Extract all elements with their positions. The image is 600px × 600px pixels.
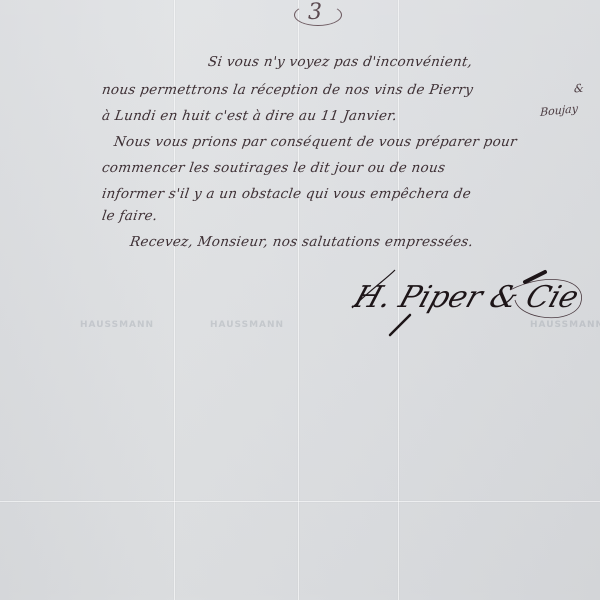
letter-line: le faire. [101, 208, 159, 224]
watermark: HAUSSMANN [210, 320, 284, 330]
letter-line: à Lundi en huit c'est à dire au 11 Janvi… [101, 108, 398, 124]
signature-text: H. Piper & Cie [349, 280, 583, 315]
letter-line: Si vous n'y voyez pas d'inconvénient, [207, 54, 474, 70]
letter-line: Recevez, Monsieur, nos salutations empre… [129, 234, 474, 250]
letter-page: HAUSSMANN HAUSSMANN HAUSSMANN 3 Si vous … [0, 0, 600, 600]
page-number-ring [294, 4, 342, 26]
letter-line: informer s'il y a un obstacle qui vous e… [101, 186, 472, 202]
margin-note: & [574, 81, 584, 95]
margin-note: Boujay [540, 102, 578, 119]
fold-crease [0, 501, 600, 502]
signature: H. Piper & Cie [350, 260, 600, 350]
letter-line: commencer les soutirages le dit jour ou … [101, 160, 446, 176]
letter-line: Nous vous prions par conséquent de vous … [113, 134, 518, 150]
letter-line: nous permettrons la réception de nos vin… [101, 82, 474, 98]
page-number: 3 [290, 0, 340, 30]
watermark: HAUSSMANN [80, 320, 154, 330]
